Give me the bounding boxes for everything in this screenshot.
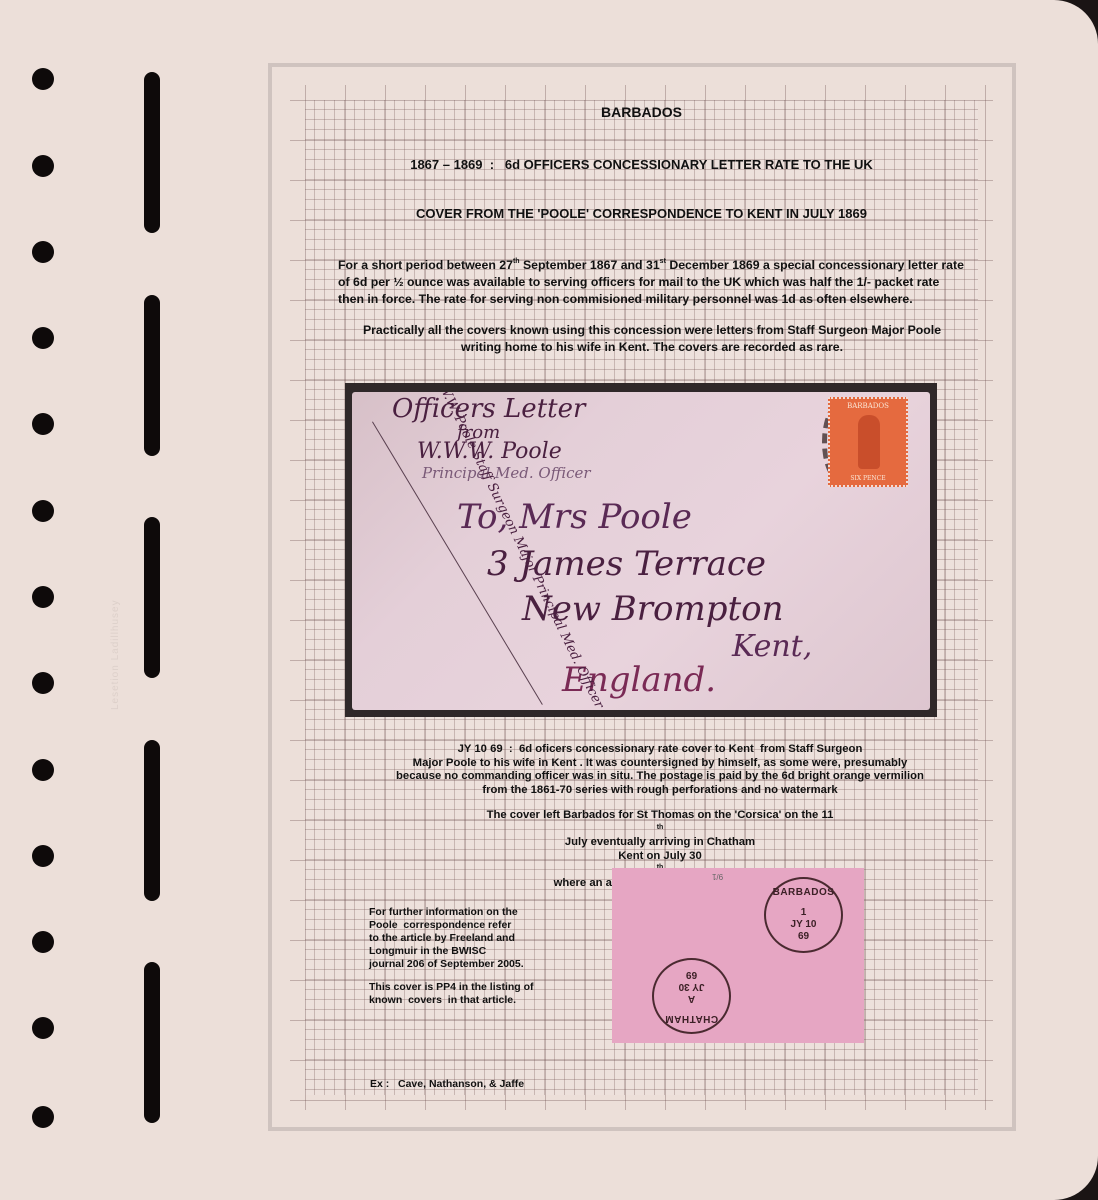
binder-slot xyxy=(144,740,160,901)
album-page: Lesetion Ladillhusey BARBADOS 1867 – 186… xyxy=(0,0,1098,1200)
pencil-note: 9/1 xyxy=(712,872,723,881)
binder-hole xyxy=(32,1017,54,1039)
page-watermark: Lesetion Ladillhusey xyxy=(110,490,130,710)
binder-hole xyxy=(32,413,54,435)
reference-note: For further information on the Poole cor… xyxy=(369,906,559,1007)
page-heading: COVER FROM THE 'POOLE' CORRESPONDENCE TO… xyxy=(305,206,978,221)
stamp-value: SIX PENCE xyxy=(830,475,906,482)
binder-hole xyxy=(32,500,54,522)
binder-hole xyxy=(32,759,54,781)
page-title: BARBADOS xyxy=(305,104,978,120)
cover-caption: JY 10 69 : 6d oficers concessionary rate… xyxy=(360,743,960,797)
chatham-postmark: CHATHAM A JY 30 69 xyxy=(652,958,731,1034)
cover-front-image[interactable]: Officers Letter from W.W.W. Poole Princi… xyxy=(352,392,930,710)
intro-paragraph: For a short period between 27th Septembe… xyxy=(338,257,966,308)
britannia-figure xyxy=(858,415,880,469)
binder-hole xyxy=(32,672,54,694)
provenance: Ex : Cave, Nathanson, & Jaffe xyxy=(370,1078,670,1090)
manuscript-sender: W.W.W. Poole xyxy=(417,439,562,464)
page-subtitle: 1867 – 1869 : 6d OFFICERS CONCESSIONARY … xyxy=(305,157,978,172)
stamp-country: BARBADOS xyxy=(830,402,906,410)
binder-hole xyxy=(32,241,54,263)
binder-hole xyxy=(32,155,54,177)
binder-slot xyxy=(144,517,160,678)
cover-back-image[interactable]: 9/1 BARBADOS 1 JY 10 69 CHATHAM A JY 30 … xyxy=(612,868,864,1043)
manuscript-rank: Principal Med. Officer xyxy=(422,464,591,482)
barbados-postmark: BARBADOS 1 JY 10 69 xyxy=(764,877,843,953)
binder-hole xyxy=(32,1106,54,1128)
binder-hole xyxy=(32,845,54,867)
binder-hole xyxy=(32,68,54,90)
postage-stamp[interactable]: BARBADOS SIX PENCE xyxy=(828,397,908,487)
binder-slot xyxy=(144,72,160,233)
binder-hole xyxy=(32,327,54,349)
address-county: Kent, xyxy=(732,629,812,664)
manuscript-officers-letter: Officers Letter xyxy=(392,394,585,424)
rarity-paragraph: Practically all the covers known using t… xyxy=(338,322,966,356)
binder-slot xyxy=(144,962,160,1123)
binder-hole xyxy=(32,931,54,953)
binder-hole xyxy=(32,586,54,608)
binder-slot xyxy=(144,295,160,456)
